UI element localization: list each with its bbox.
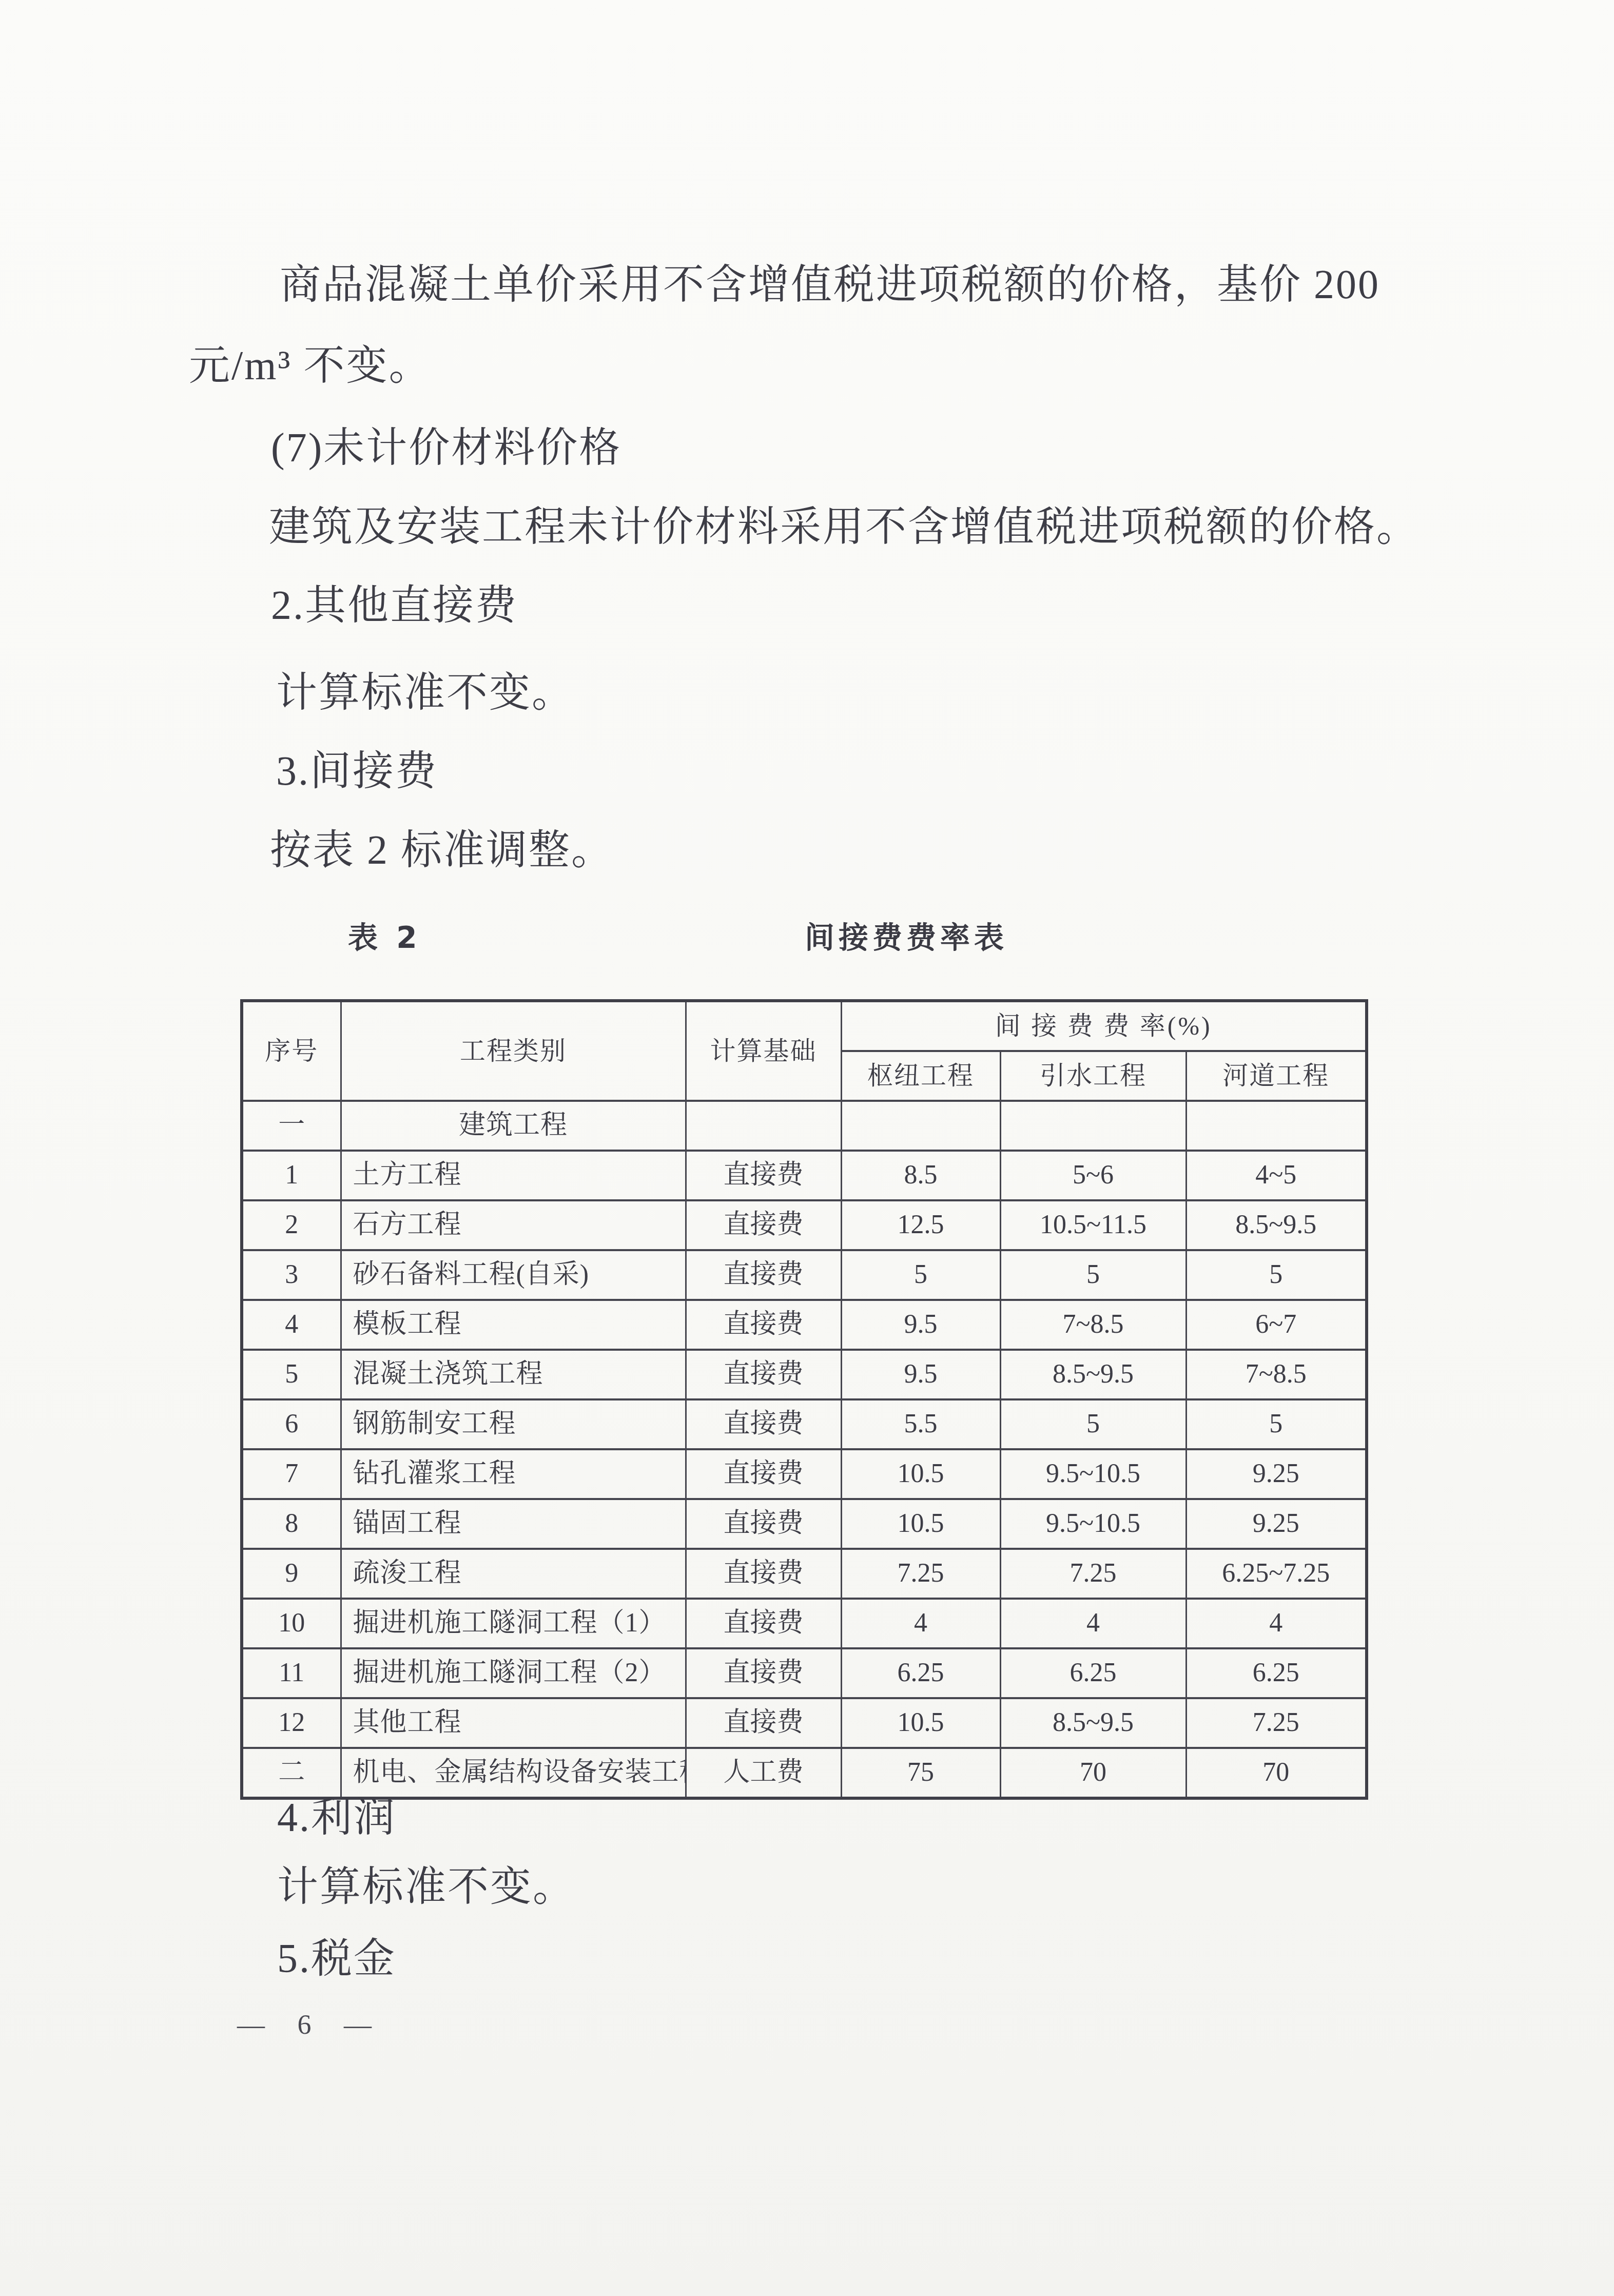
- table-row: 7 钻孔灌浆工程 直接费 10.5 9.5~10.5 9.25: [242, 1449, 1367, 1499]
- cell-no: 10: [242, 1599, 341, 1648]
- cell-basis: 直接费: [686, 1350, 841, 1399]
- cell-category: 锚固工程: [341, 1499, 686, 1549]
- cell-rate-river: 5: [1186, 1399, 1367, 1449]
- cell-rate-diversion: 5: [1000, 1399, 1186, 1449]
- cell-no: 6: [242, 1399, 341, 1449]
- cell-rate-diversion: [1000, 1101, 1186, 1151]
- cell-rate-hub: 9.5: [841, 1350, 1000, 1399]
- cell-rate-diversion: 5~6: [1000, 1151, 1186, 1200]
- cell-basis: [686, 1101, 841, 1151]
- cell-basis: 直接费: [686, 1499, 841, 1549]
- table-row: 3 砂石备料工程(自采) 直接费 5 5 5: [242, 1250, 1367, 1300]
- table-caption-title: 间接费费率表: [805, 923, 1008, 952]
- cell-rate-river: 6~7: [1186, 1300, 1367, 1350]
- cell-category: 混凝土浇筑工程: [341, 1350, 686, 1399]
- table-row: 10 掘进机施工隧洞工程（1） 直接费 4 4 4: [242, 1599, 1367, 1648]
- cell-basis: 直接费: [686, 1648, 841, 1698]
- cell-basis: 直接费: [686, 1698, 841, 1748]
- body-line: 2.其他直接费: [271, 585, 518, 626]
- table-row: 9 疏浚工程 直接费 7.25 7.25 6.25~7.25: [242, 1549, 1367, 1599]
- cell-rate-hub: 9.5: [841, 1300, 1000, 1350]
- table-row: 1 土方工程 直接费 8.5 5~6 4~5: [242, 1151, 1367, 1200]
- cell-rate-diversion: 8.5~9.5: [1000, 1698, 1186, 1748]
- cell-rate-diversion: 10.5~11.5: [1000, 1200, 1186, 1250]
- table-row: 6 钢筋制安工程 直接费 5.5 5 5: [242, 1399, 1367, 1449]
- rate-table: 序号 工程类别 计算基础 间 接 费 费 率(%) 枢纽工程 引水工程 河道工程…: [240, 999, 1368, 1800]
- cell-rate-river: 6.25: [1186, 1648, 1367, 1698]
- table-header-row: 序号 工程类别 计算基础 间 接 费 费 率(%): [242, 1001, 1367, 1051]
- cell-rate-river: [1186, 1101, 1367, 1151]
- cell-rate-hub: 75: [841, 1748, 1000, 1798]
- cell-category: 砂石备料工程(自采): [341, 1250, 686, 1300]
- cell-no: 一: [242, 1101, 341, 1151]
- header-rate-col-hub: 枢纽工程: [841, 1051, 1000, 1101]
- cell-category: 其他工程: [341, 1698, 686, 1748]
- body-line: 计算标准不变。: [276, 672, 574, 713]
- cell-rate-diversion: 9.5~10.5: [1000, 1499, 1186, 1549]
- cell-rate-hub: 6.25: [841, 1648, 1000, 1698]
- document-page: 商品混凝土单价采用不含增值税进项税额的价格，基价 200 元/m³ 不变。 (7…: [0, 0, 1614, 2296]
- cell-rate-river: 7~8.5: [1186, 1350, 1367, 1399]
- body-line: 4.利润: [277, 1797, 396, 1838]
- cell-basis: 直接费: [686, 1300, 841, 1350]
- body-line: 计算标准不变。: [277, 1866, 575, 1908]
- cell-no: 12: [242, 1698, 341, 1748]
- cell-category: 机电、金属结构设备安装工程: [341, 1748, 686, 1798]
- cell-category: 钢筋制安工程: [341, 1399, 686, 1449]
- table-row: 2 石方工程 直接费 12.5 10.5~11.5 8.5~9.5: [242, 1200, 1367, 1250]
- cell-rate-hub: 10.5: [841, 1449, 1000, 1499]
- cell-rate-river: 4~5: [1186, 1151, 1367, 1200]
- cell-rate-diversion: 7.25: [1000, 1549, 1186, 1599]
- cell-category: 建筑工程: [341, 1101, 686, 1151]
- cell-rate-hub: [841, 1101, 1000, 1151]
- body-line: 商品混凝土单价采用不含增值税进项税额的价格，基价 200: [280, 264, 1380, 305]
- cell-basis: 直接费: [686, 1399, 841, 1449]
- cell-no: 4: [242, 1300, 341, 1350]
- table-row: 8 锚固工程 直接费 10.5 9.5~10.5 9.25: [242, 1499, 1367, 1549]
- cell-rate-diversion: 70: [1000, 1748, 1186, 1798]
- cell-rate-hub: 10.5: [841, 1698, 1000, 1748]
- table-row: 12 其他工程 直接费 10.5 8.5~9.5 7.25: [242, 1698, 1367, 1748]
- cell-no: 3: [242, 1250, 341, 1300]
- header-no: 序号: [242, 1001, 341, 1101]
- cell-rate-hub: 12.5: [841, 1200, 1000, 1250]
- cell-no: 9: [242, 1549, 341, 1599]
- body-line: 3.间接费: [276, 751, 438, 792]
- cell-rate-diversion: 9.5~10.5: [1000, 1449, 1186, 1499]
- cell-category: 石方工程: [341, 1200, 686, 1250]
- cell-rate-river: 5: [1186, 1250, 1367, 1300]
- cell-no: 2: [242, 1200, 341, 1250]
- table-row: 一 建筑工程: [242, 1101, 1367, 1151]
- cell-rate-diversion: 4: [1000, 1599, 1186, 1648]
- cell-no: 5: [242, 1350, 341, 1399]
- cell-rate-river: 70: [1186, 1748, 1367, 1798]
- cell-basis: 人工费: [686, 1748, 841, 1798]
- header-rate-col-diversion: 引水工程: [1000, 1051, 1186, 1101]
- cell-basis: 直接费: [686, 1599, 841, 1648]
- cell-category: 钻孔灌浆工程: [341, 1449, 686, 1499]
- header-category: 工程类别: [341, 1001, 686, 1101]
- body-line: 5.税金: [277, 1938, 396, 1979]
- table-row: 二 机电、金属结构设备安装工程 人工费 75 70 70: [242, 1748, 1367, 1798]
- cell-category: 疏浚工程: [341, 1549, 686, 1599]
- cell-basis: 直接费: [686, 1549, 841, 1599]
- cell-rate-hub: 5: [841, 1250, 1000, 1300]
- cell-category: 土方工程: [341, 1151, 686, 1200]
- cell-rate-diversion: 8.5~9.5: [1000, 1350, 1186, 1399]
- cell-no: 8: [242, 1499, 341, 1549]
- body-line: 元/m³ 不变。: [189, 345, 431, 386]
- cell-rate-river: 9.25: [1186, 1449, 1367, 1499]
- cell-rate-hub: 7.25: [841, 1549, 1000, 1599]
- table-row: 11 掘进机施工隧洞工程（2） 直接费 6.25 6.25 6.25: [242, 1648, 1367, 1698]
- cell-rate-river: 6.25~7.25: [1186, 1549, 1367, 1599]
- page-number: — 6 —: [237, 2011, 378, 2038]
- cell-rate-hub: 10.5: [841, 1499, 1000, 1549]
- cell-rate-river: 9.25: [1186, 1499, 1367, 1549]
- cell-category: 掘进机施工隧洞工程（1）: [341, 1599, 686, 1648]
- cell-no: 1: [242, 1151, 341, 1200]
- rate-table-body: 一 建筑工程 1 土方工程 直接费 8.5 5~6 4~5 2 石方工程 直接费…: [242, 1101, 1367, 1798]
- cell-basis: 直接费: [686, 1250, 841, 1300]
- body-line: (7)未计价材料价格: [271, 427, 621, 469]
- cell-basis: 直接费: [686, 1449, 841, 1499]
- cell-category: 掘进机施工隧洞工程（2）: [341, 1648, 686, 1698]
- cell-rate-hub: 4: [841, 1599, 1000, 1648]
- header-rate-col-river: 河道工程: [1186, 1051, 1367, 1101]
- cell-rate-hub: 5.5: [841, 1399, 1000, 1449]
- cell-rate-hub: 8.5: [841, 1151, 1000, 1200]
- table-row: 5 混凝土浇筑工程 直接费 9.5 8.5~9.5 7~8.5: [242, 1350, 1367, 1399]
- cell-rate-river: 4: [1186, 1599, 1367, 1648]
- cell-rate-river: 8.5~9.5: [1186, 1200, 1367, 1250]
- cell-basis: 直接费: [686, 1200, 841, 1250]
- cell-no: 7: [242, 1449, 341, 1499]
- header-basis: 计算基础: [686, 1001, 841, 1101]
- table-caption-label: 表 2: [348, 923, 421, 952]
- table-row: 4 模板工程 直接费 9.5 7~8.5 6~7: [242, 1300, 1367, 1350]
- header-rate-group: 间 接 费 费 率(%): [841, 1001, 1367, 1051]
- cell-rate-river: 7.25: [1186, 1698, 1367, 1748]
- cell-rate-diversion: 6.25: [1000, 1648, 1186, 1698]
- body-line: 建筑及安装工程未计价材料采用不含增值税进项税额的价格。: [269, 507, 1419, 548]
- cell-basis: 直接费: [686, 1151, 841, 1200]
- cell-category: 模板工程: [341, 1300, 686, 1350]
- cell-no: 11: [242, 1648, 341, 1698]
- cell-rate-diversion: 7~8.5: [1000, 1300, 1186, 1350]
- cell-no: 二: [242, 1748, 341, 1798]
- cell-rate-diversion: 5: [1000, 1250, 1186, 1300]
- body-line: 按表 2 标准调整。: [270, 830, 614, 871]
